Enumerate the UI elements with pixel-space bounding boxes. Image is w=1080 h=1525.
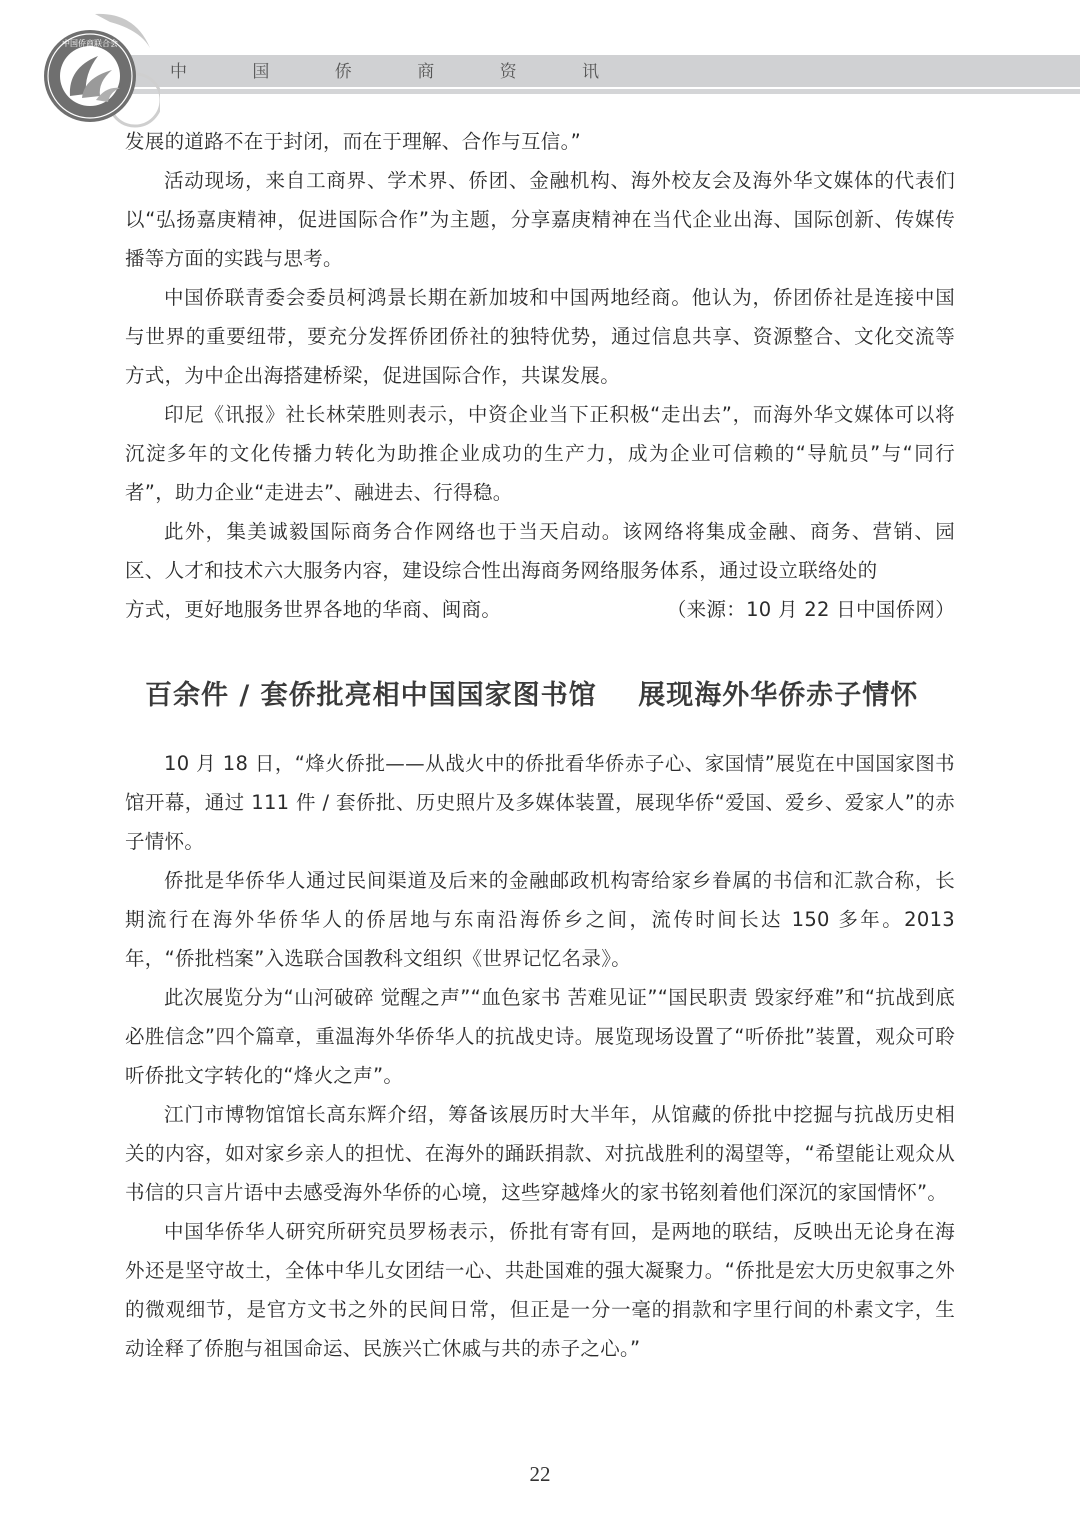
source-citation: （来源：10 月 22 日中国侨网）: [667, 590, 955, 629]
paragraph: 发展的道路不在于封闭，而在于理解、合作与互信。”: [125, 122, 955, 161]
article-title: 百余件 / 套侨批亮相中国国家图书馆 展现海外华侨赤子情怀: [145, 673, 955, 712]
header-divider: [130, 89, 1080, 94]
publication-title: 中 国 侨 商 资 讯: [170, 58, 629, 86]
paragraph: 此外，集美诚毅国际商务合作网络也于当天启动。该网络将集成金融、商务、营销、园区、…: [125, 512, 955, 590]
page-number: 22: [0, 1462, 1080, 1487]
paragraph: 侨批是华侨华人通过民间渠道及后来的金融邮政机构寄给家乡眷属的书信和汇款合称，长期…: [125, 861, 955, 978]
paragraph: 10 月 18 日，“烽火侨批——从战火中的侨批看华侨赤子心、家国情”展览在中国…: [125, 744, 955, 861]
federation-logo-icon: 中国侨商联合会: [40, 8, 160, 128]
logo-text: 中国侨商联合会: [62, 38, 118, 48]
article-continued: 发展的道路不在于封闭，而在于理解、合作与互信。” 活动现场，来自工商界、学术界、…: [125, 122, 955, 629]
paragraph: 活动现场，来自工商界、学术界、侨团、金融机构、海外校友会及海外华文媒体的代表们以…: [125, 161, 955, 278]
page-content: 发展的道路不在于封闭，而在于理解、合作与互信。” 活动现场，来自工商界、学术界、…: [125, 122, 955, 1368]
article: 百余件 / 套侨批亮相中国国家图书馆 展现海外华侨赤子情怀 10 月 18 日，…: [125, 673, 955, 1368]
paragraph: 中国华侨华人研究所研究员罗杨表示，侨批有寄有回，是两地的联结，反映出无论身在海外…: [125, 1212, 955, 1368]
paragraph-last-line: 方式，更好地服务世界各地的华商、闽商。 （来源：10 月 22 日中国侨网）: [125, 590, 955, 629]
paragraph: 此次展览分为“山河破碎 觉醒之声”“血色家书 苦难见证”“国民职责 毁家纾难”和…: [125, 978, 955, 1095]
paragraph-end: 方式，更好地服务世界各地的华商、闽商。: [125, 590, 501, 629]
paragraph: 江门市博物馆馆长高东辉介绍，筹备该展历时大半年，从馆藏的侨批中挖掘与抗战历史相关…: [125, 1095, 955, 1212]
paragraph: 中国侨联青委会委员柯鸿景长期在新加坡和中国两地经商。他认为，侨团侨社是连接中国与…: [125, 278, 955, 395]
paragraph: 印尼《讯报》社长林荣胜则表示，中资企业当下正积极“走出去”，而海外华文媒体可以将…: [125, 395, 955, 512]
